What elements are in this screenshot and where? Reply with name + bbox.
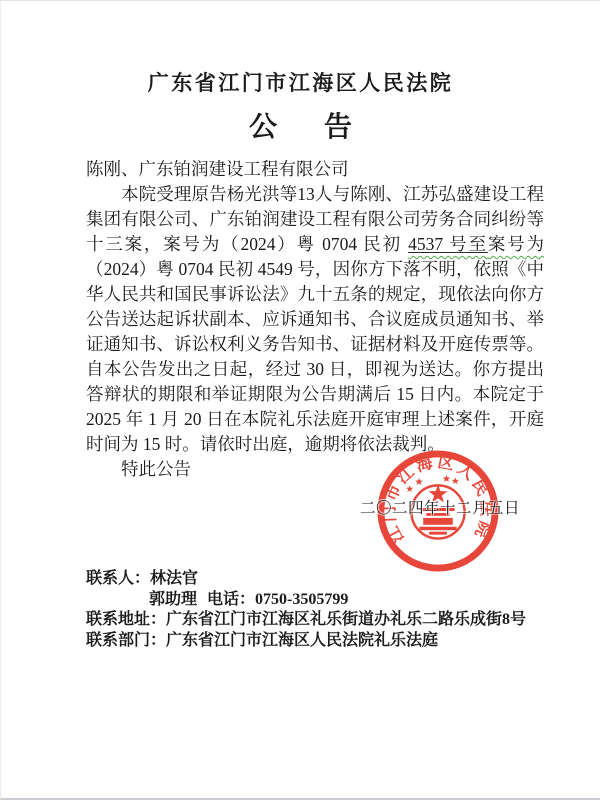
contact-block: 联系人：林法官 郭助理电话：0750-3505799 联系地址：广东省江门市江海… [86,569,556,651]
grammar-squiggle-span: 4537 号至案号为 [408,234,544,254]
contact-person2: 郭助理 [149,591,197,608]
announcement-body: 陈刚、广东铂润建设工程有限公司 本院受理原告杨光洪等13人与陈刚、江苏弘盛建设工… [86,157,544,482]
announcement-title: 公 告 [1,105,600,145]
court-announcement-page: 广东省江门市江海区人民法院 公 告 陈刚、广东铂润建设工程有限公司 本院受理原告… [0,0,600,800]
contact-phone-number: 0750-3505799 [255,591,348,608]
court-name-title: 广东省江门市江海区人民法院 [1,67,600,97]
contact-phone-label: 电话： [207,591,255,608]
contact-department: 广东省江门市江海区人民法院礼乐法庭 [166,632,438,649]
main-paragraph: 本院受理原告杨光洪等13人与陈刚、江苏弘盛建设工程集团有限公司、广东铂润建设工程… [86,182,544,457]
contact-department-label: 联系部门： [86,632,166,649]
contact-person1: 林法官 [150,570,198,587]
contact-address: 广东省江门市江海区礼乐街道办礼乐二路乐成街8号 [166,611,526,628]
contact-person-label: 联系人： [86,570,150,587]
issue-date: 二〇二四年十二月五日 [360,496,520,518]
contact-address-label: 联系地址： [86,611,166,628]
contact-phone-line: 郭助理电话：0750-3505799 [86,590,556,611]
case-number-underlined: 4537 号至 [408,234,488,254]
body-text-part2: （2024）粤 0704 民初 4549 号，因你方下落不明，依照《中华人民共和… [86,259,544,454]
announcement-title-char1: 公 [249,105,277,145]
case-number-wavy-rest: 案号为 [488,234,544,254]
announcement-title-char2: 告 [324,105,352,145]
contact-department-line: 联系部门：广东省江门市江海区人民法院礼乐法庭 [86,631,556,652]
recipient-line: 陈刚、广东铂润建设工程有限公司 [86,157,544,182]
contact-address-line: 联系地址：广东省江门市江海区礼乐街道办礼乐二路乐成街8号 [86,610,556,631]
